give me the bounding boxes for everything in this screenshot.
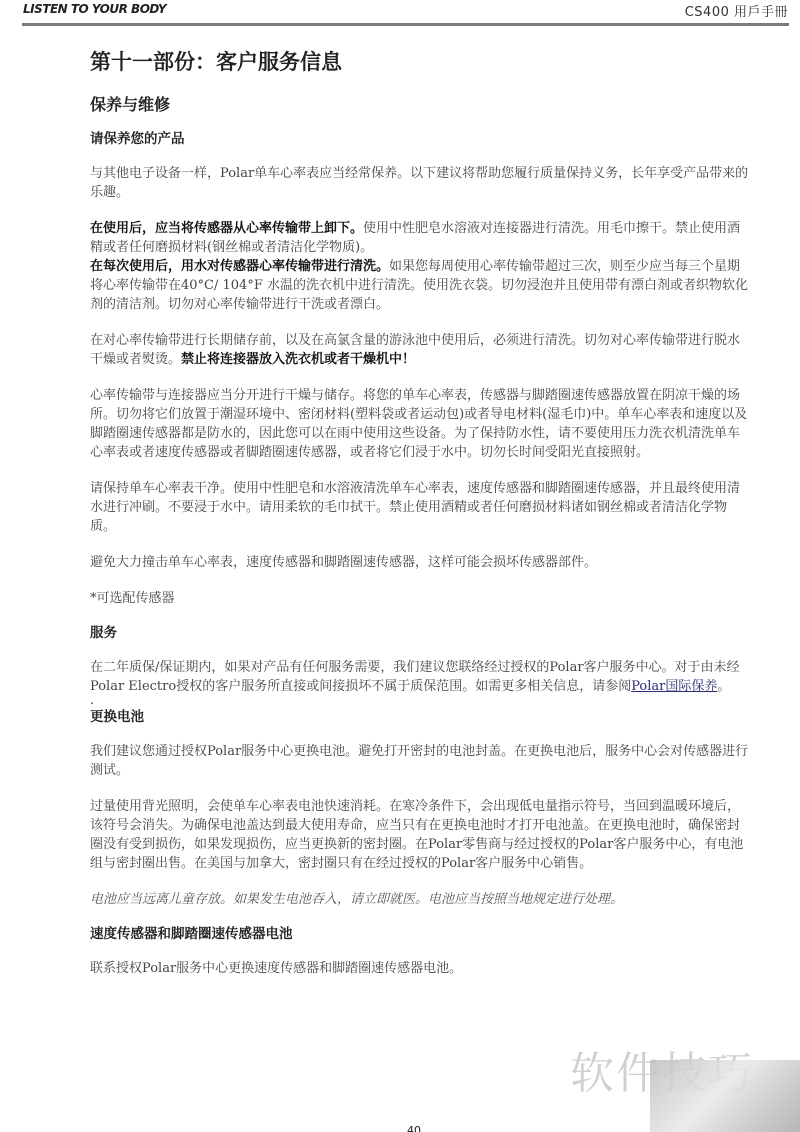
header-divider: [22, 23, 789, 26]
polar-international-care-link[interactable]: Polar国际保养: [631, 679, 717, 694]
paragraph-battery-service: 我们建议您通过授权Polar服务中心更换电池。避免打开密封的电池封盖。在更换电池…: [90, 742, 750, 780]
subtitle-product-care: 请保养您的产品: [90, 128, 750, 150]
text-service-end: 。: [717, 679, 730, 694]
page-content: 第十一部份：客户服务信息 保养与维修 请保养您的产品 与其他电子设备一样，Pol…: [90, 40, 750, 978]
paragraph-remove-sensor: 在使用后，应当将传感器从心率传输带上卸下。使用中性肥皂水溶液对连接器进行清洗。用…: [90, 219, 750, 257]
subtitle-service: 服务: [90, 622, 750, 644]
paragraph-battery-usage: 过量使用背光照明，会使单车心率表电池快速消耗。在寒冷条件下，会出现低电量指示符号…: [90, 797, 750, 873]
paragraph-impact: 避免大力撞击单车心率表，速度传感器和脚踏圈速传感器，这样可能会损坏传感器部件。: [90, 553, 750, 572]
bold-no-dryer: 禁止将连接器放入洗衣机或者干燥机中！: [181, 352, 415, 367]
battery-warning: 电池应当远离儿童存放。如果发生电池吞入，请立即就医。电池应当按照当地规定进行处理…: [90, 890, 750, 909]
subtitle-battery: 更换电池: [90, 706, 750, 728]
paragraph-drying: 心率传输带与连接器应当分开进行干燥与储存。将您的单车心率表，传感器与脚踏圈速传感…: [90, 386, 750, 462]
subtitle-sensor-battery: 速度传感器和脚踏圈速传感器电池: [90, 923, 750, 945]
page-header: LISTEN TO YOUR BODY CS400 用戶手冊: [0, 0, 800, 30]
paragraph-service: 在二年质保/保证期内，如果对产品有任何服务需要，我们建议您联络经过授权的Pola…: [90, 658, 750, 696]
manual-title: CS400 用戶手冊: [685, 1, 788, 20]
paragraph-sensor-battery: 联系授权Polar服务中心更换速度传感器和脚踏圈速传感器电池。: [90, 959, 750, 978]
paragraph-storage: 在对心率传输带进行长期储存前，以及在高氯含量的游泳池中使用后，必须进行清洗。切勿…: [90, 331, 750, 369]
stray-dot: .: [90, 696, 750, 706]
paragraph-wash-strap: 在每次使用后，用水对传感器心率传输带进行清洗。如果您每周使用心率传输带超过三次，…: [90, 257, 750, 314]
section-title-care: 保养与维修: [90, 90, 750, 120]
brand-slogan: LISTEN TO YOUR BODY: [23, 2, 166, 16]
bold-remove-sensor: 在使用后，应当将传感器从心率传输带上卸下。: [90, 221, 363, 236]
chapter-title: 第十一部份：客户服务信息: [90, 40, 750, 84]
paragraph-clean: 请保持单车心率表干净。使用中性肥皂和水溶液清洗单车心率表，速度传感器和脚踏圈速传…: [90, 479, 750, 536]
page-number: 40: [407, 1124, 421, 1132]
watermark-blur-overlay: [650, 1060, 800, 1132]
footnote-optional-sensor: *可选配传感器: [90, 589, 750, 608]
paragraph-care-intro: 与其他电子设备一样，Polar单车心率表应当经常保养。以下建议将帮助您履行质量保…: [90, 164, 750, 202]
bold-wash-strap: 在每次使用后，用水对传感器心率传输带进行清洗。: [90, 259, 389, 274]
